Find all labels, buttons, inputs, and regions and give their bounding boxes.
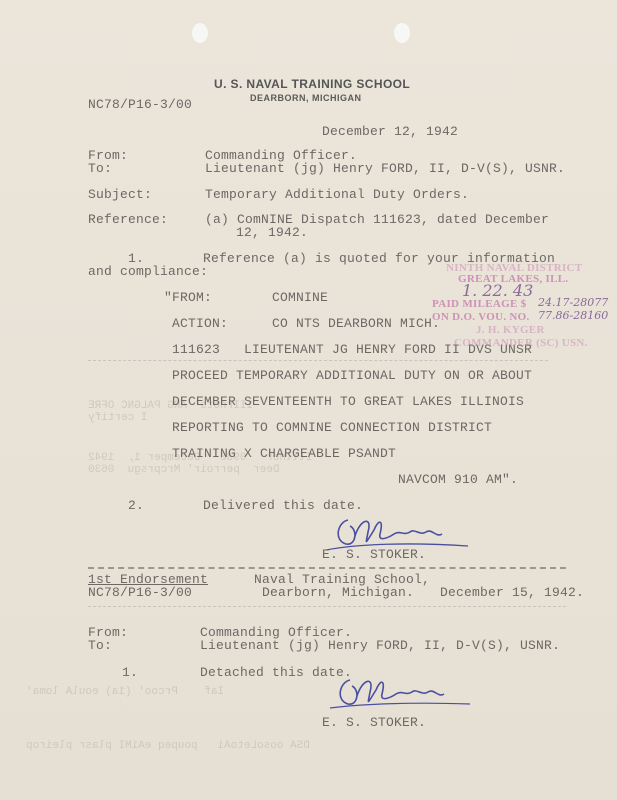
subject-value: Temporary Additional Duty Orders. [205, 187, 469, 202]
stamp-officer-rank: COMMANDER (SC) USN. [454, 337, 588, 349]
signer-name-1: E. S. STOKER. [322, 547, 426, 562]
stamp-officer-name: J. H. KYGER [476, 324, 545, 336]
reference-line-2: 12, 1942. [236, 225, 308, 240]
stamp-voucher-number: 77.86-28160 [538, 309, 608, 322]
endorsement-date: December 15, 1942. [440, 585, 584, 600]
signer-name-2: E. S. STOKER. [322, 715, 426, 730]
dispatch-line: REPORTING TO COMNINE CONNECTION DISTRICT [172, 420, 492, 435]
dispatch-from-label: "FROM: [164, 290, 212, 305]
faint-fold-line [88, 360, 548, 361]
endorsement-org-line-2: Dearborn, Michigan. [262, 585, 414, 600]
faint-fold-line [88, 606, 566, 607]
endorsement-para-number: 1. [122, 665, 138, 680]
to-value: Lieutenant (jg) Henry FORD, II, D-V(S), … [205, 161, 565, 176]
subject-label: Subject: [88, 187, 152, 202]
bleed-through-text: Deer perroir' Mrcprsgu 0630 [88, 464, 279, 476]
dispatch-line: DECEMBER SEVENTEENTH TO GREAT LAKES ILLI… [172, 394, 524, 409]
endorsement-separator [88, 567, 566, 569]
bleed-through-text: DSA oosoLetoAi poupeq eAiMI plasr pleiro… [26, 740, 310, 752]
reference-label: Reference: [88, 212, 168, 227]
paragraph-1-line-2: and compliance: [88, 264, 208, 279]
dispatch-signoff: NAVCOM 910 AM". [398, 472, 518, 487]
to-label: To: [88, 161, 112, 176]
punch-hole-left [192, 23, 208, 43]
endorsement-to-value: Lieutenant (jg) Henry FORD, II, D-V(S), … [200, 638, 560, 653]
letter-date: December 12, 1942 [322, 124, 458, 139]
stamp-mileage-amount: 24.17-28077 [538, 296, 608, 309]
file-number: NC78/P16-3/00 [88, 97, 192, 112]
dispatch-action-value: CO NTS DEARBORN MICH. [272, 316, 440, 331]
dispatch-action-label: ACTION: [172, 316, 228, 331]
bleed-through-text: I certify [88, 412, 147, 424]
stamp-paid-mileage: PAID MILEAGE $ [432, 298, 526, 310]
paragraph-2-number: 2. [128, 498, 144, 513]
dispatch-line: TRAINING X CHARGEABLE PSANDT [172, 446, 396, 461]
dispatch-from-value: COMNINE [272, 290, 328, 305]
signature-stoker-endorsement [320, 668, 480, 713]
punch-hole-right [394, 23, 410, 43]
letterhead-org: U. S. NAVAL TRAINING SCHOOL [214, 77, 410, 91]
stamp-voucher-label: ON D.O. VOU. NO. [432, 311, 530, 323]
dispatch-line: PROCEED TEMPORARY ADDITIONAL DUTY ON OR … [172, 368, 532, 383]
letterhead-location: DEARBORN, MICHIGAN [250, 93, 362, 103]
endorsement-file-number: NC78/P16-3/00 [88, 585, 192, 600]
bleed-through-text: Iaf Prcoo' (1a) eoulA loma' [26, 686, 224, 698]
document-page: IIIrnots' ARG PALGNC OFRE I certify Illl… [0, 0, 617, 800]
endorsement-to-label: To: [88, 638, 112, 653]
